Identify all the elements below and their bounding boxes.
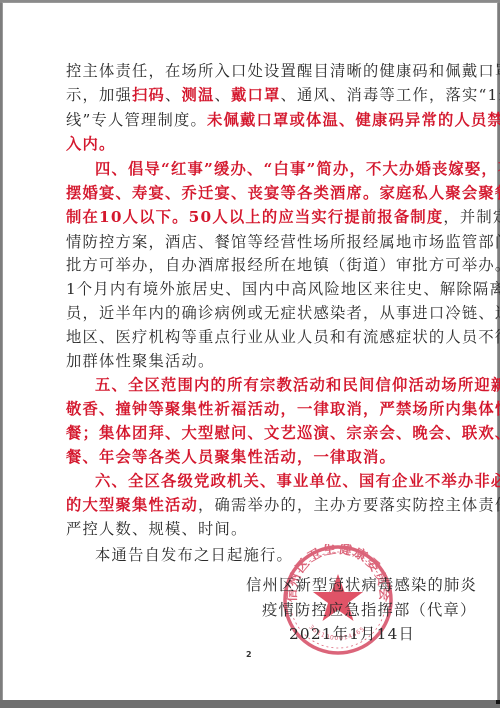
text-line: 情防控方案，酒店、餐馆等经营性场所报经属地市场监管部门审 xyxy=(66,231,438,253)
frame-bottom xyxy=(0,700,500,708)
emphasized-text: 未佩戴口罩或体温、健康码异常的人员禁止 xyxy=(207,111,500,129)
text-line: 入内。 xyxy=(66,133,438,155)
text-line: 加群体性聚集活动。 xyxy=(66,350,438,372)
page-number: 2 xyxy=(246,650,252,659)
text-line: 敬香、撞钟等聚集性祈福活动，一律取消，严禁场所内集体性聚 xyxy=(66,398,438,420)
text-line: 五、全区范围内的所有宗教活动和民间信仰活动场所迎新、 xyxy=(95,374,467,396)
body-text: 本通告自发布之日起施行。 xyxy=(95,546,293,564)
text-line: 线”专人管理制度。未佩戴口罩或体温、健康码异常的人员禁止 xyxy=(66,109,438,131)
body-text: 严控人数、规模、时间。 xyxy=(66,520,247,538)
text-line: 四、倡导“红事”缓办、“白事”简办，不大办婚丧嫁娶，不大 xyxy=(95,158,467,180)
text-line: 餐；集体团拜、大型慰问、文艺巡演、宗亲会、晚会、联欢、聚 xyxy=(66,422,438,444)
text-line: 本通告自发布之日起施行。 xyxy=(95,544,467,566)
emphasized-text: 测温 xyxy=(182,86,215,104)
text-line: 制在10人以下。50人以上的应当实行提前报备制度，并制定疫 xyxy=(66,206,438,228)
emphasized-text: 四、倡导“红事”缓办、“白事”简办，不大办婚丧嫁娶，不大 xyxy=(95,160,500,178)
text-line: 控主体责任，在场所入口处设置醒目清晰的健康码和佩戴口罩提 xyxy=(66,60,438,82)
signature-org-line1: 信州区新型冠状病毒感染的肺炎 xyxy=(246,574,477,596)
body-text: ，并制定疫 xyxy=(443,208,500,226)
text-line: 的大型聚集性活动，确需举办的，主办方要落实防控主体责任， xyxy=(66,494,438,516)
body-text: 1个月内有境外旅居史、国内中高风险地区来往史、解除隔离人 xyxy=(66,280,500,298)
body-text: 线”专人管理制度。 xyxy=(66,111,207,129)
body-text: 、 xyxy=(165,86,182,104)
text-line: 地区、医疗机构等重点行业从业人员和有流感症状的人员不得参 xyxy=(66,326,438,348)
text-line: 摆婚宴、寿宴、乔迁宴、丧宴等各类酒席。家庭私人聚会聚餐控 xyxy=(66,182,438,204)
body-text: 地区、医疗机构等重点行业从业人员和有流感症状的人员不得参 xyxy=(66,328,500,346)
body-text: 、 xyxy=(215,86,232,104)
text-line: 批方可举办，自办酒席报经所在地镇（街道）审批方可举办。近 xyxy=(66,254,438,276)
emphasized-text: 扫码 xyxy=(132,86,165,104)
corner-marker xyxy=(496,700,500,704)
signature-org-line2: 疫情防控应急指挥部（代章） xyxy=(262,599,476,621)
emphasized-text: 五、全区范围内的所有宗教活动和民间信仰活动场所迎新、 xyxy=(95,376,500,394)
text-line: 示，加强扫码、测温、戴口罩、通风、消毒等工作，落实“1米 xyxy=(66,84,438,106)
emphasized-text: 敬香、撞钟等聚集性祈福活动，一律取消，严禁场所内集体性聚 xyxy=(66,400,500,418)
body-text: ，确需举办的，主办方要落实防控主体责任， xyxy=(198,496,500,514)
emphasized-text: 六、全区各级党政机关、事业单位、国有企业不举办非必要 xyxy=(95,472,500,490)
text-line: 餐、年会等各类人员聚集性活动，一律取消。 xyxy=(66,446,438,468)
text-line: 员，近半年内的确诊病例或无症状感染者，从事进口冷链、边境 xyxy=(66,302,438,324)
emphasized-text: 摆婚宴、寿宴、乔迁宴、丧宴等各类酒席。家庭私人聚会聚餐控 xyxy=(66,184,500,202)
body-text: 情防控方案，酒店、餐馆等经营性场所报经属地市场监管部门审 xyxy=(66,233,500,251)
text-line: 1个月内有境外旅居史、国内中高风险地区来往史、解除隔离人 xyxy=(66,278,438,300)
emphasized-text: 餐；集体团拜、大型慰问、文艺巡演、宗亲会、晚会、联欢、聚 xyxy=(66,424,500,442)
body-text: 示，加强 xyxy=(66,86,132,104)
body-text: 加群体性聚集活动。 xyxy=(66,352,214,370)
emphasized-text: 戴口罩 xyxy=(231,86,281,104)
body-text: 控主体责任，在场所入口处设置醒目清晰的健康码和佩戴口罩提 xyxy=(66,62,500,80)
emphasized-text: 的大型聚集性活动 xyxy=(66,496,198,514)
emphasized-text: 餐、年会等各类人员聚集性活动，一律取消。 xyxy=(66,448,396,466)
emphasized-text: 入内。 xyxy=(66,135,116,153)
signature-date: 2021年1月14日 xyxy=(289,623,415,645)
text-line: 严控人数、规模、时间。 xyxy=(66,518,438,540)
emphasized-text: 制在10人以下。50人以上的应当实行提前报备制度 xyxy=(66,208,443,226)
body-text: 、通风、消毒等工作，落实“1米 xyxy=(281,86,500,104)
text-line: 六、全区各级党政机关、事业单位、国有企业不举办非必要 xyxy=(95,470,467,492)
body-text: 员，近半年内的确诊病例或无症状感染者，从事进口冷链、边境 xyxy=(66,304,500,322)
body-text: 批方可举办，自办酒席报经所在地镇（街道）审批方可举办。近 xyxy=(66,256,500,274)
